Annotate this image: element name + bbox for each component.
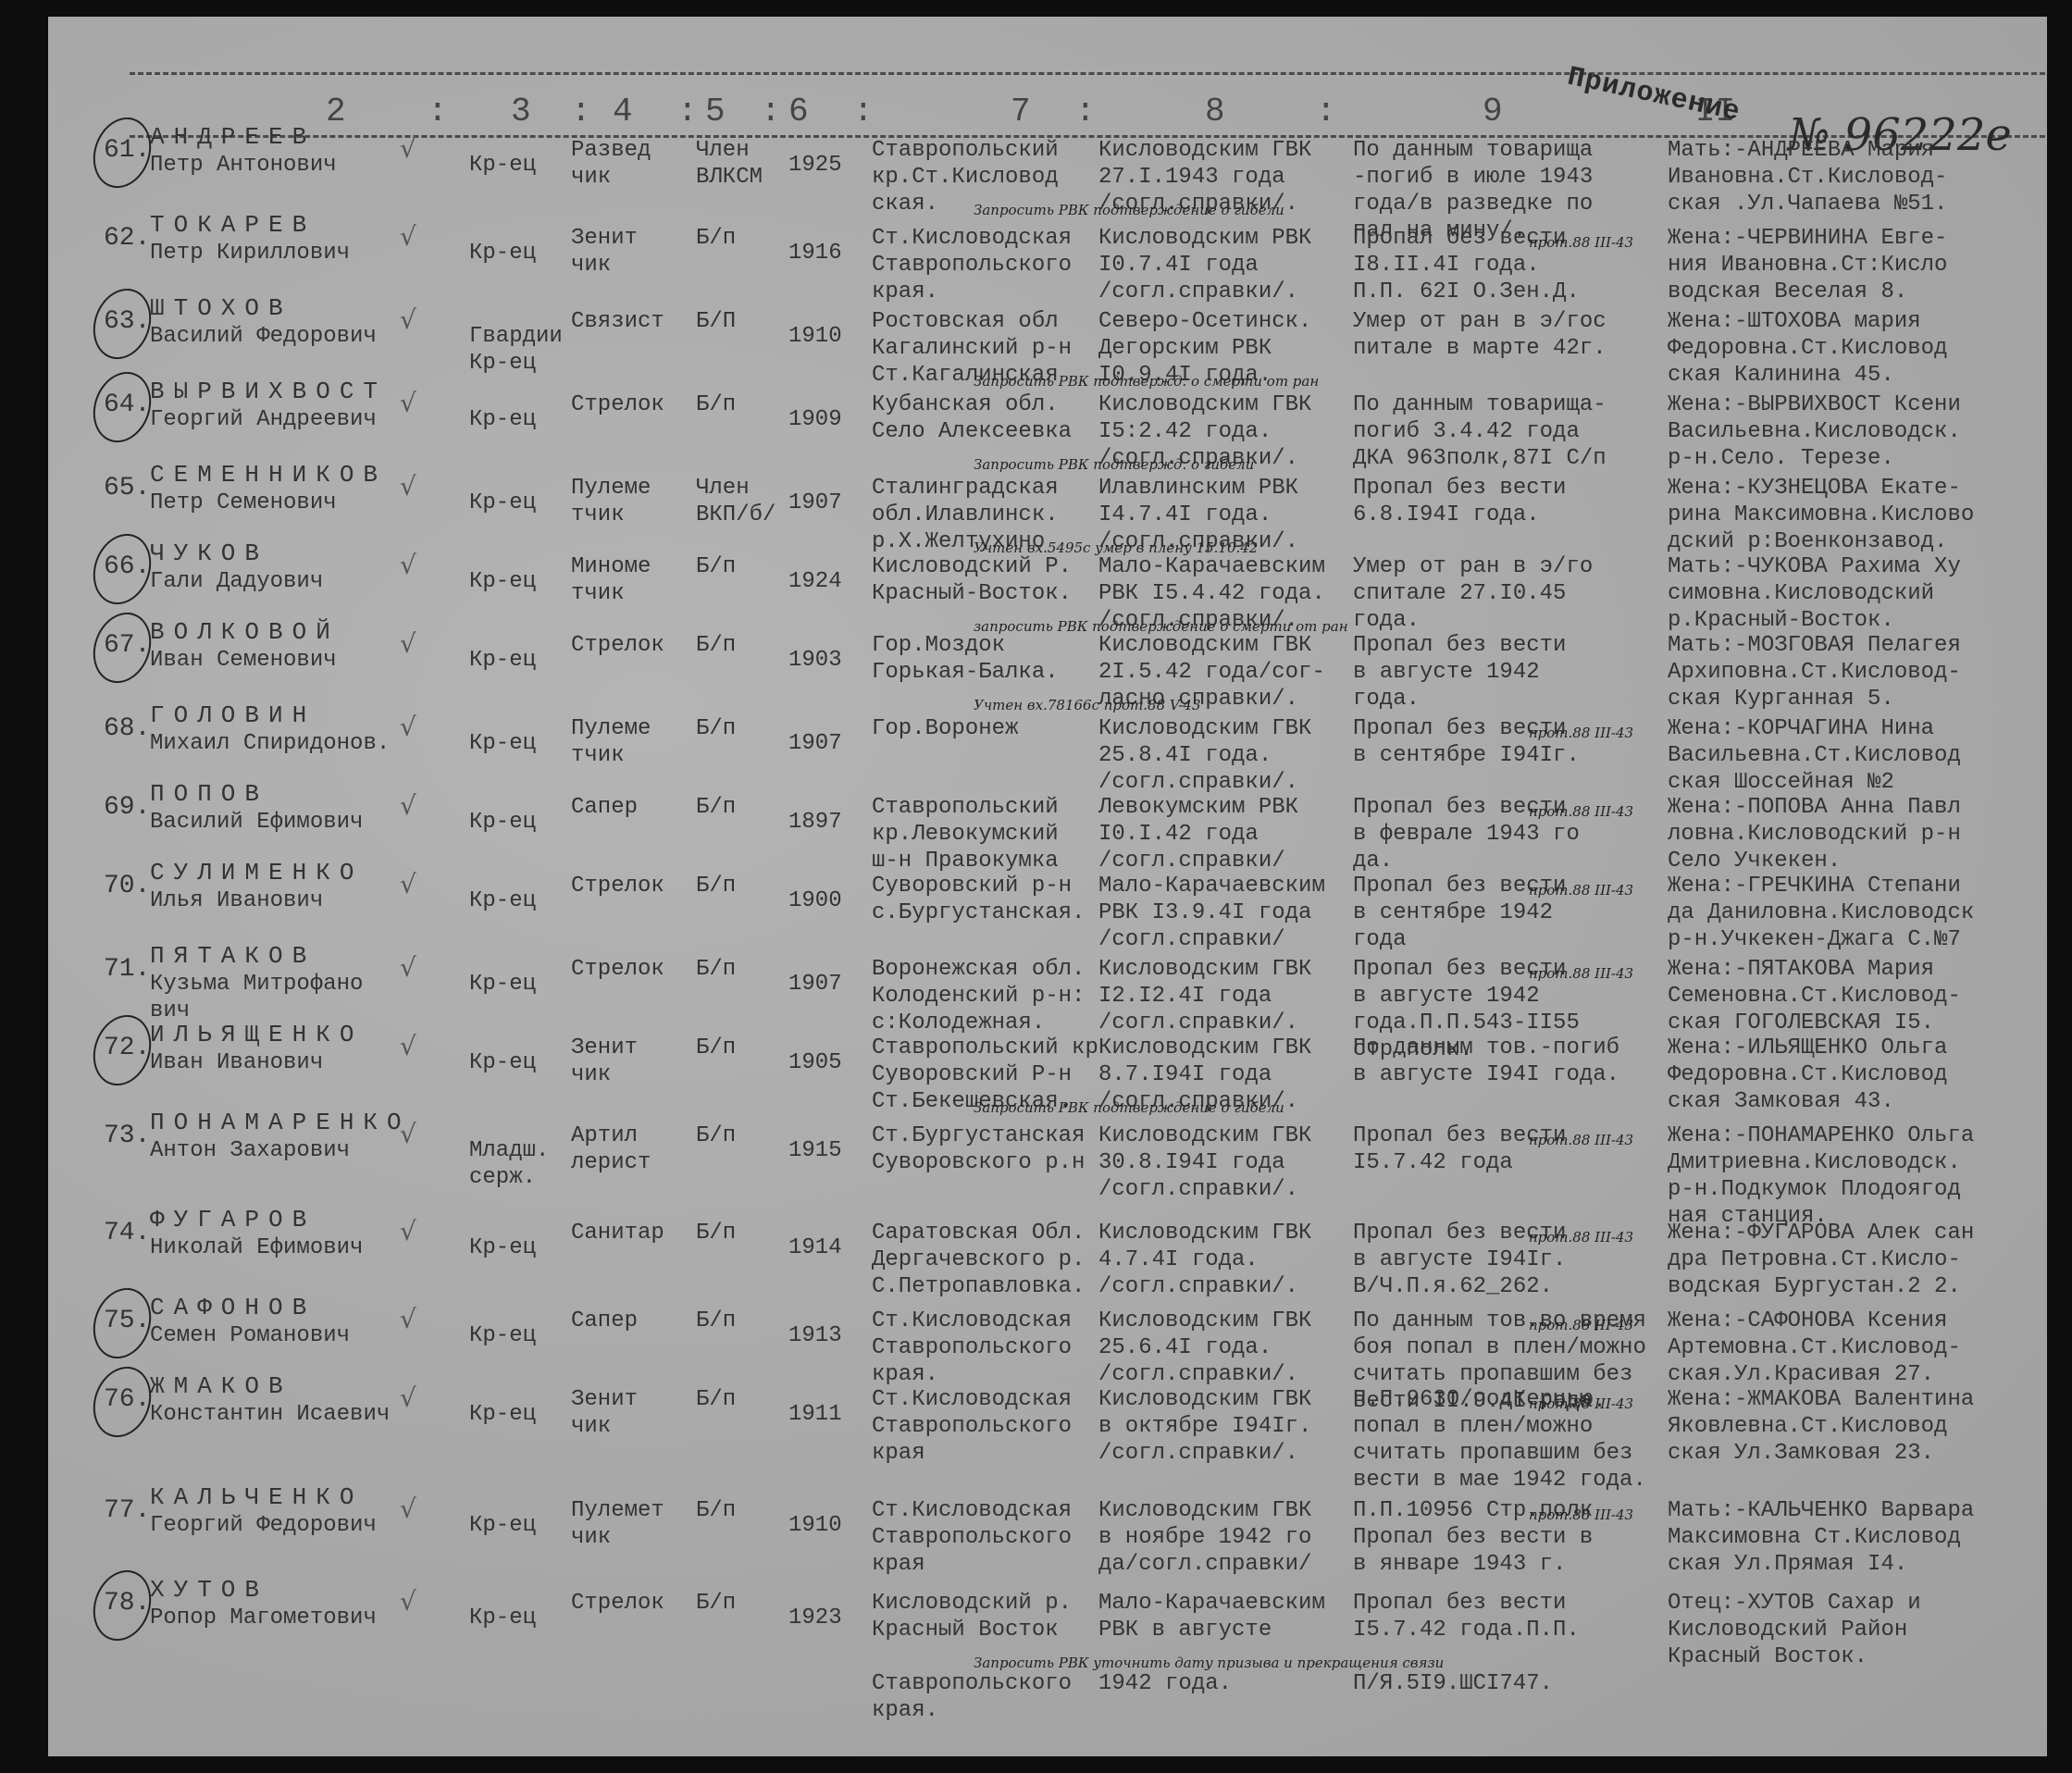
handwritten-annotation: Учтен вх.78166с прот.88 V-43 xyxy=(974,697,1201,713)
cell-year: 1924 xyxy=(788,568,842,595)
cell-role: Связист xyxy=(571,308,664,335)
cell-surname: ЖМАКОВ xyxy=(150,1373,292,1400)
cell-role: Стрелок xyxy=(571,632,664,659)
cell-party: Б/п xyxy=(696,715,736,742)
header-rule-top xyxy=(130,72,2045,75)
cell-drafted: Кисловодским ГВК в октябре I94Iг. /согл.… xyxy=(1098,1386,1311,1467)
cell-birthplace: Ставропольский кр.Левокумский ш-н Правок… xyxy=(872,794,1059,874)
cell-role: Артил лерист xyxy=(571,1122,651,1176)
cell-given: Кузьма Митрофано вич xyxy=(150,971,363,1024)
cell-party: Б/п xyxy=(696,225,736,252)
cell-year: 1907 xyxy=(788,730,842,757)
cell-given: Антон Захарович xyxy=(150,1137,350,1164)
cell-year: 1900 xyxy=(788,887,842,914)
handwritten-annotation: прот.88 III-43 xyxy=(1529,1395,1633,1412)
cell-party: Б/п xyxy=(696,873,736,899)
cell-rank: Кр-ец xyxy=(469,1322,536,1349)
cell-num: 62. xyxy=(104,225,150,252)
handwritten-annotation: Запросить РВК подтвержд. о смерти от ран xyxy=(974,373,1319,390)
cell-drafted: Кисловодским РВК I0.7.4I года /согл.спра… xyxy=(1098,225,1311,305)
cell-role: Стрелок xyxy=(571,873,664,899)
cell-given: Петр Кириллович xyxy=(150,240,350,267)
cell-drafted: Кисловодским ГВК 30.8.I94I года /согл.сп… xyxy=(1098,1122,1311,1203)
cell-year: 1905 xyxy=(788,1049,842,1076)
cell-relative: Мать:-АНДРЕЕВА Мария Ивановна.Ст.Кислово… xyxy=(1668,137,1947,217)
col-separator: : xyxy=(761,93,781,130)
cell-year: 1897 xyxy=(788,809,842,836)
cell-birthplace: Воронежская обл. Колоденский р-н: с:Коло… xyxy=(872,956,1085,1036)
cell-drafted: Кисловодским ГВК 25.6.4I года. /согл.спр… xyxy=(1098,1308,1311,1388)
cell-relative: Мать:-МОЗГОВАЯ Пелагея Архиповна.Ст.Кисл… xyxy=(1668,632,1961,713)
cell-year: 1915 xyxy=(788,1137,842,1164)
cell-party: Б/п xyxy=(696,794,736,821)
cell-relative: Отец:-ХУТОВ Сахар и Кисловодский Район К… xyxy=(1668,1590,1921,1670)
cell-birthplace: Саратовская Обл. Дергачевского р. С.Петр… xyxy=(872,1220,1085,1300)
col-header-5: 5 xyxy=(705,93,726,130)
cell-given: Василий Ефимович xyxy=(150,809,363,836)
cell-drafted: Мало-Карачаевским РВК в августе 1942 год… xyxy=(1098,1590,1325,1697)
cell-year: 1903 xyxy=(788,647,842,674)
check-mark-icon: √ xyxy=(400,1494,416,1524)
cell-birthplace: Кисловодский Р. Красный-Восток. xyxy=(872,553,1072,607)
cell-rank: Кр-ец xyxy=(469,1605,536,1631)
cell-party: Б/п xyxy=(696,956,736,983)
check-mark-icon: √ xyxy=(400,133,416,164)
cell-relative: Жена:-КОРЧАГИНА Нина Васильевна.Ст.Кисло… xyxy=(1668,715,1961,796)
col-header-3: 3 xyxy=(511,93,531,130)
cell-rank: Кр-ец xyxy=(469,240,536,267)
handwritten-annotation: Запросить РВК уточнить дату призыва и пр… xyxy=(974,1655,1444,1671)
cell-role: Стрелок xyxy=(571,1590,664,1617)
check-mark-icon: √ xyxy=(400,221,416,252)
cell-surname: ЧУКОВ xyxy=(150,540,268,567)
check-mark-icon: √ xyxy=(400,869,416,899)
cell-birthplace: Гор.Моздок Горькая-Балка. xyxy=(872,632,1059,686)
cell-num: 71. xyxy=(104,956,150,983)
cell-given: Петр Антонович xyxy=(150,152,337,179)
cell-surname: ПЯТАКОВ xyxy=(150,943,316,970)
cell-year: 1913 xyxy=(788,1322,842,1349)
cell-fate: Пропал без вести в августе 1942 года. xyxy=(1353,632,1566,713)
cell-given: Константин Исаевич xyxy=(150,1401,390,1428)
col-header-4: 4 xyxy=(613,93,633,130)
cell-rank: Гвардии Кр-ец xyxy=(469,323,563,377)
cell-role: Стрелок xyxy=(571,956,664,983)
cell-fate: Умер от ран в э/го спитале 27.I0.45 года… xyxy=(1353,553,1593,634)
handwritten-annotation: прот.88 III-43 xyxy=(1529,1132,1633,1148)
col-header-2: 2 xyxy=(326,93,346,130)
cell-role: Пулеме тчик xyxy=(571,475,651,528)
cell-year: 1910 xyxy=(788,323,842,350)
cell-num: 65. xyxy=(104,475,150,502)
cell-rank: Кр-ец xyxy=(469,1512,536,1539)
handwritten-annotation: прот.88 III-43 xyxy=(1529,1506,1633,1523)
cell-drafted: Кисловодским ГВК в ноябре 1942 го да/сог… xyxy=(1098,1497,1311,1578)
cell-role: Зенит чик xyxy=(571,225,638,279)
cell-role: Миноме тчик xyxy=(571,553,651,607)
check-mark-icon: √ xyxy=(400,471,416,502)
cell-year: 1916 xyxy=(788,240,842,267)
cell-num: 73. xyxy=(104,1122,150,1149)
cell-rank: Кр-ец xyxy=(469,406,536,433)
handwritten-annotation: прот.88 III-43 xyxy=(1529,1229,1633,1246)
check-mark-icon: √ xyxy=(400,388,416,418)
cell-fate: Пропал без вести I5.7.42 года.П.П. П/Я.5… xyxy=(1353,1590,1580,1697)
cell-num: 69. xyxy=(104,794,150,821)
cell-relative: Жена:-ВЫРВИХВОСТ Ксени Васильевна.Кислов… xyxy=(1668,391,1961,472)
cell-rank: Кр-ец xyxy=(469,568,536,595)
col-separator: : xyxy=(853,93,874,130)
cell-role: Санитар xyxy=(571,1220,664,1246)
cell-birthplace: Ст.Кисловодская Ставропольского края xyxy=(872,1497,1072,1578)
col-separator: : xyxy=(571,93,591,130)
check-mark-icon: √ xyxy=(400,1031,416,1061)
cell-birthplace: Ст.Кисловодская Ставропольского края xyxy=(872,1386,1072,1467)
cell-party: Б/П xyxy=(696,308,736,335)
col-header-7: 7 xyxy=(1011,93,1031,130)
cell-rank: Кр-ец xyxy=(469,152,536,179)
cell-fate: По данным тов.-погиб в августе I94I года… xyxy=(1353,1035,1619,1088)
cell-relative: Жена:-ПЯТАКОВА Мария Семеновна.Ст.Кислов… xyxy=(1668,956,1961,1036)
cell-fate: Пропал без вести 6.8.I94I года. xyxy=(1353,475,1566,528)
cell-party: Б/п xyxy=(696,553,736,580)
cell-num: 74. xyxy=(104,1220,150,1246)
cell-party: Б/п xyxy=(696,1386,736,1413)
col-header-6: 6 xyxy=(788,93,809,130)
cell-surname: ПОНАМАРЕНКО xyxy=(150,1110,411,1136)
col-separator: : xyxy=(1075,93,1096,130)
cell-year: 1914 xyxy=(788,1234,842,1261)
cell-fate: По данным товарища- погиб 3.4.42 года ДК… xyxy=(1353,391,1607,472)
cell-party: Б/п xyxy=(696,1497,736,1524)
cell-num: 70. xyxy=(104,873,150,899)
cell-party: Член ВЛКСМ xyxy=(696,137,763,191)
cell-given: Михаил Спиридонов. xyxy=(150,730,390,757)
cell-birthplace: Ст.Кисловодская Ставропольского края. xyxy=(872,1308,1072,1388)
cell-role: Пулемет чик xyxy=(571,1497,664,1551)
cell-given: Ропор Магометович xyxy=(150,1605,377,1631)
cell-relative: Жена:-ГРЕЧКИНА Степани да Даниловна.Кисл… xyxy=(1668,873,1974,953)
cell-rank: Кр-ец xyxy=(469,1401,536,1428)
cell-birthplace: Кубанская обл. Село Алексеевка xyxy=(872,391,1072,445)
check-mark-icon: √ xyxy=(400,1216,416,1246)
handwritten-annotation: прот.88 III-43 xyxy=(1529,803,1633,820)
cell-given: Гали Дадуович xyxy=(150,568,323,595)
cell-given: Петр Семенович xyxy=(150,490,337,516)
cell-role: Зенит чик xyxy=(571,1386,638,1440)
cell-party: Б/п xyxy=(696,391,736,418)
cell-relative: Жена:-ЧЕРВИНИНА Евге- ния Ивановна.Ст:Ки… xyxy=(1668,225,1947,305)
cell-year: 1911 xyxy=(788,1401,842,1428)
cell-surname: СЕМЕННИКОВ xyxy=(150,462,387,489)
col-separator: : xyxy=(428,93,448,130)
archive-document-page: 2 : 3 : 4 : 5 : 6 : 7 : 8 : 9 II Приложе… xyxy=(48,17,2047,1756)
cell-rank: Кр-ец xyxy=(469,490,536,516)
cell-given: Николай Ефимович xyxy=(150,1234,363,1261)
cell-party: Б/п xyxy=(696,1308,736,1334)
cell-surname: САФОНОВ xyxy=(150,1295,316,1321)
cell-rank: Младш. серж. xyxy=(469,1137,549,1191)
cell-relative: Жена:-ПОПОВА Анна Павл ловна.Кисловодски… xyxy=(1668,794,1961,874)
handwritten-annotation: Запросить РВК подтверждение о гибели xyxy=(974,202,1284,218)
cell-num: 77. xyxy=(104,1497,150,1524)
cell-party: Б/п xyxy=(696,1122,736,1149)
cell-relative: Мать:-КАЛЬЧЕНКО Варвара Максимовна Ст.Ки… xyxy=(1668,1497,1974,1578)
cell-surname: ТОКАРЕВ xyxy=(150,212,316,239)
cell-birthplace: Ст.Бургустанская Суворовского р.н xyxy=(872,1122,1085,1176)
cell-rank: Кр-ец xyxy=(469,809,536,836)
cell-surname: ПОПОВ xyxy=(150,781,268,808)
cell-party: Б/п xyxy=(696,632,736,659)
handwritten-annotation: Запросить РВК подтверждение о гибели xyxy=(974,1099,1284,1116)
col-header-9: 9 xyxy=(1483,93,1503,130)
cell-surname: ШТОХОВ xyxy=(150,295,292,322)
check-mark-icon: √ xyxy=(400,304,416,335)
cell-drafted: Кисловодским ГВК 4.7.4I года. /согл.спра… xyxy=(1098,1220,1311,1300)
cell-role: Развед чик xyxy=(571,137,651,191)
cell-birthplace: Суворовский р-н с.Бургустанская. xyxy=(872,873,1085,926)
cell-relative: Жена:-КУЗНЕЦОВА Екате- рина Максимовна.К… xyxy=(1668,475,1974,555)
cell-given: Иван Семенович xyxy=(150,647,337,674)
cell-rank: Кр-ец xyxy=(469,647,536,674)
cell-surname: КАЛЬЧЕНКО xyxy=(150,1484,363,1511)
check-mark-icon: √ xyxy=(400,628,416,659)
check-mark-icon: √ xyxy=(400,1119,416,1149)
cell-given: Василий Федорович xyxy=(150,323,377,350)
handwritten-annotation: прот.88 III-43 xyxy=(1529,234,1633,251)
col-separator: : xyxy=(677,93,698,130)
cell-drafted: Мало-Карачаевским РВК I3.9.4I года /согл… xyxy=(1098,873,1325,953)
cell-rank: Кр-ец xyxy=(469,887,536,914)
cell-surname: АНДРЕЕВ xyxy=(150,124,316,151)
cell-relative: Жена:-ФУГАРОВА Алек сан дра Петровна.Ст.… xyxy=(1668,1220,1974,1300)
cell-rank: Кр-ец xyxy=(469,730,536,757)
cell-surname: ИЛЬЯЩЕНКО xyxy=(150,1022,363,1048)
cell-given: Иван Иванович xyxy=(150,1049,323,1076)
cell-surname: ВОЛКОВОЙ xyxy=(150,619,340,646)
check-mark-icon: √ xyxy=(400,1304,416,1334)
cell-year: 1910 xyxy=(788,1512,842,1539)
cell-rank: Кр-ец xyxy=(469,1049,536,1076)
handwritten-annotation: прот.88 III-43 xyxy=(1529,725,1633,741)
cell-fate: Пропал без вести I5.7.42 года xyxy=(1353,1122,1566,1176)
cell-party: Член ВКП/б/ xyxy=(696,475,775,528)
cell-relative: Мать:-ЧУКОВА Рахима Ху симовна.Кисловодс… xyxy=(1668,553,1961,634)
cell-surname: ГОЛОВИН xyxy=(150,702,316,729)
cell-role: Зенит чик xyxy=(571,1035,638,1088)
cell-surname: ХУТОВ xyxy=(150,1577,268,1604)
col-header-8: 8 xyxy=(1205,93,1225,130)
cell-role: Пулеме тчик xyxy=(571,715,651,769)
check-mark-icon: √ xyxy=(400,1382,416,1413)
check-mark-icon: √ xyxy=(400,712,416,742)
cell-party: Б/п xyxy=(696,1035,736,1061)
cell-relative: Жена:-ПОНАМАРЕНКО Ольга Дмитриевна.Кисло… xyxy=(1668,1122,1974,1230)
cell-year: 1909 xyxy=(788,406,842,433)
cell-year: 1907 xyxy=(788,971,842,998)
check-mark-icon: √ xyxy=(400,790,416,821)
cell-given: Илья Иванович xyxy=(150,887,323,914)
col-separator: : xyxy=(1316,93,1336,130)
cell-year: 1923 xyxy=(788,1605,842,1631)
cell-relative: Жена:-ИЛЬЯЩЕНКО Ольга Федоровна.Ст.Кисло… xyxy=(1668,1035,1947,1115)
cell-drafted: Кисловодским ГВК I2.I2.4I года /согл.спр… xyxy=(1098,956,1311,1036)
cell-party: Б/п xyxy=(696,1590,736,1617)
cell-birthplace: Гор.Воронеж xyxy=(872,715,1018,742)
cell-given: Георгий Андреевич xyxy=(150,406,377,433)
cell-rank: Кр-ец xyxy=(469,971,536,998)
cell-rank: Кр-ец xyxy=(469,1234,536,1261)
cell-role: Стрелок xyxy=(571,391,664,418)
cell-role: Сапер xyxy=(571,794,638,821)
cell-surname: ВЫРВИХВОСТ xyxy=(150,378,387,405)
cell-drafted: Левокумским РВК I0.I.42 года /согл.справ… xyxy=(1098,794,1298,874)
cell-fate: Умер от ран в э/гос питале в марте 42г. xyxy=(1353,308,1607,362)
handwritten-annotation: прот.88 III-43 xyxy=(1529,965,1633,982)
cell-drafted: Кисловодским ГВК 25.8.4I года. /согл.спр… xyxy=(1098,715,1311,796)
handwritten-annotation: прот.88 III-43 xyxy=(1529,1317,1633,1333)
cell-given: Семен Романович xyxy=(150,1322,350,1349)
cell-year: 1907 xyxy=(788,490,842,516)
cell-fate: Пропал без вести в сентябре I94Iг. xyxy=(1353,715,1580,769)
cell-relative: Жена:-ЖМАКОВА Валентина Яковлевна.Ст.Кис… xyxy=(1668,1386,1974,1467)
handwritten-annotation: Запросить РВК подтвержд. о гибели xyxy=(974,456,1254,473)
handwritten-annotation: прот.88 III-43 xyxy=(1529,882,1633,899)
cell-relative: Жена:-САФОНОВА Ксения Артемовна.Ст.Кисло… xyxy=(1668,1308,1961,1388)
cell-surname: СУЛИМЕНКО xyxy=(150,860,363,886)
cell-surname: ФУГАРОВ xyxy=(150,1207,316,1234)
cell-given: Георгий Федорович xyxy=(150,1512,377,1539)
check-mark-icon: √ xyxy=(400,1586,416,1617)
cell-birthplace: Ст.Кисловодская Ставропольского края. xyxy=(872,225,1072,305)
cell-relative: Жена:-ШТОХОВА мария Федоровна.Ст.Кислово… xyxy=(1668,308,1947,389)
cell-num: 68. xyxy=(104,715,150,742)
cell-party: Б/п xyxy=(696,1220,736,1246)
cell-role: Сапер xyxy=(571,1308,638,1334)
check-mark-icon: √ xyxy=(400,952,416,983)
check-mark-icon: √ xyxy=(400,550,416,580)
cell-year: 1925 xyxy=(788,152,842,179)
